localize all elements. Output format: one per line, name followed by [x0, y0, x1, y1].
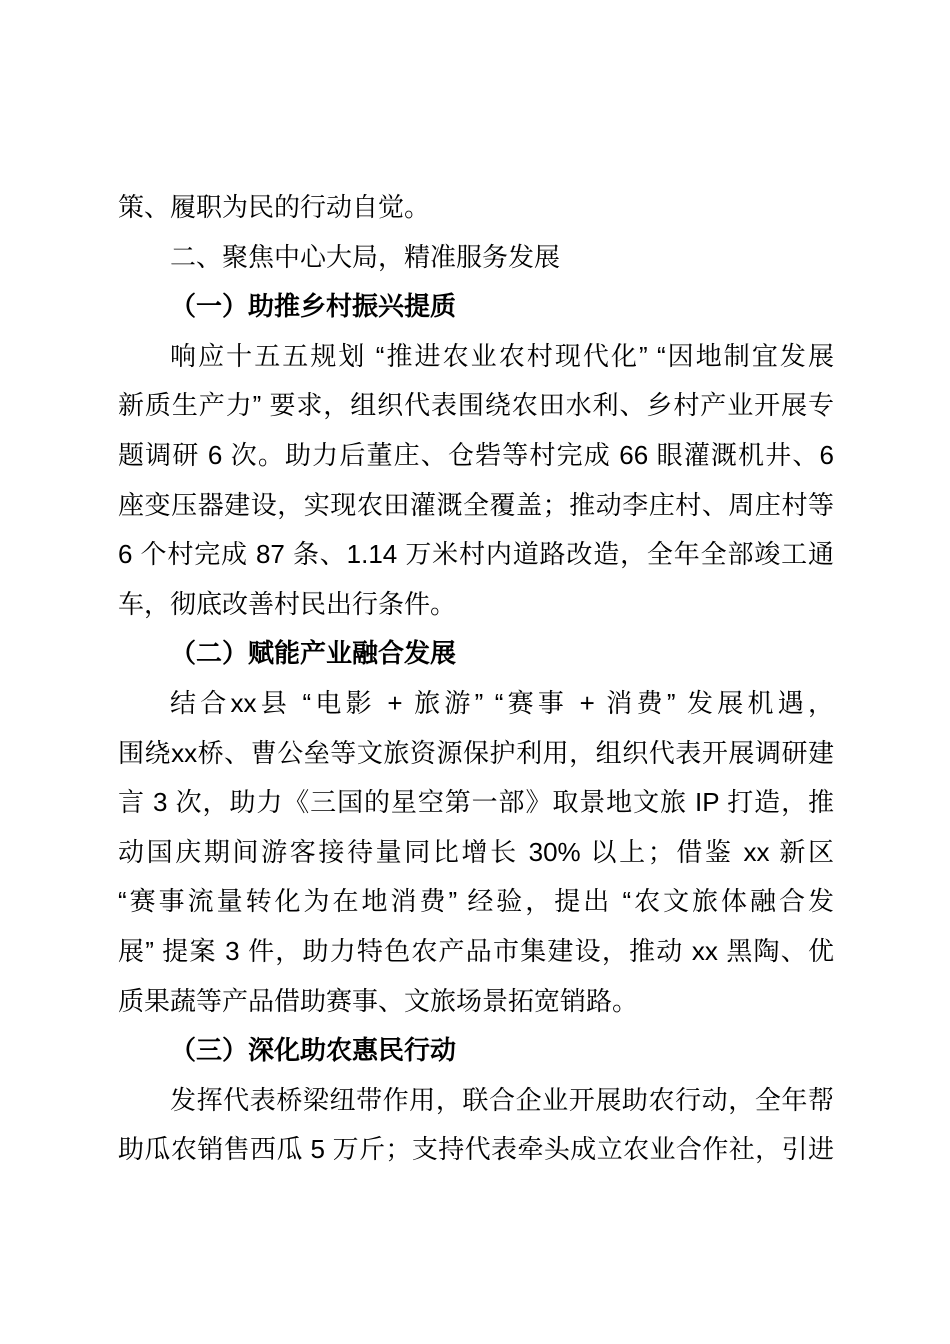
document-body: 策、履职为民的行动自觉。 二、聚焦中心大局，精准服务发展 （一）助推乡村振兴提质… — [118, 183, 834, 1175]
paragraph-line: 车，彻底改善村民出行条件。 — [118, 580, 834, 630]
section-heading-3: （三）深化助农惠民行动 — [118, 1026, 834, 1076]
paragraph-line: 结合xx县 “电影 + 旅游” “赛事 + 消费” 发展机遇， — [118, 679, 834, 729]
paragraph-line: 围绕xx桥、曹公垒等文旅资源保护利用，组织代表开展调研建 — [118, 729, 834, 779]
paragraph-line: 言 3 次，助力《三国的星空第一部》取景地文旅 IP 打造，推 — [118, 778, 834, 828]
paragraph-line: 响应十五五规划 “推进农业农村现代化” “因地制宜发展 — [118, 332, 834, 382]
paragraph-line: 发挥代表桥梁纽带作用，联合企业开展助农行动，全年帮 — [118, 1076, 834, 1126]
paragraph-line: 展” 提案 3 件，助力特色农产品市集建设，推动 xx 黑陶、优 — [118, 927, 834, 977]
paragraph-line: 策、履职为民的行动自觉。 — [118, 183, 834, 233]
paragraph-line: 质果蔬等产品借助赛事、文旅场景拓宽销路。 — [118, 977, 834, 1027]
paragraph-line: 题调研 6 次。助力后董庄、仓砦等村完成 66 眼灌溉机井、6 — [118, 431, 834, 481]
paragraph-line: 6 个村完成 87 条、1.14 万米村内道路改造，全年全部竣工通 — [118, 530, 834, 580]
paragraph-line: 新质生产力” 要求，组织代表围绕农田水利、乡村产业开展专 — [118, 381, 834, 431]
paragraph-line: 助瓜农销售西瓜 5 万斤；支持代表牵头成立农业合作社，引进 — [118, 1125, 834, 1175]
paragraph-line: “赛事流量转化为在地消费” 经验，提出 “农文旅体融合发 — [118, 877, 834, 927]
document-page: 策、履职为民的行动自觉。 二、聚焦中心大局，精准服务发展 （一）助推乡村振兴提质… — [0, 0, 950, 1344]
paragraph-line: 动国庆期间游客接待量同比增长 30% 以上；借鉴 xx 新区 — [118, 828, 834, 878]
chapter-heading: 二、聚焦中心大局，精准服务发展 — [118, 233, 834, 283]
paragraph-line: 座变压器建设，实现农田灌溉全覆盖；推动李庄村、周庄村等 — [118, 481, 834, 531]
section-heading-1: （一）助推乡村振兴提质 — [118, 282, 834, 332]
section-heading-2: （二）赋能产业融合发展 — [118, 629, 834, 679]
